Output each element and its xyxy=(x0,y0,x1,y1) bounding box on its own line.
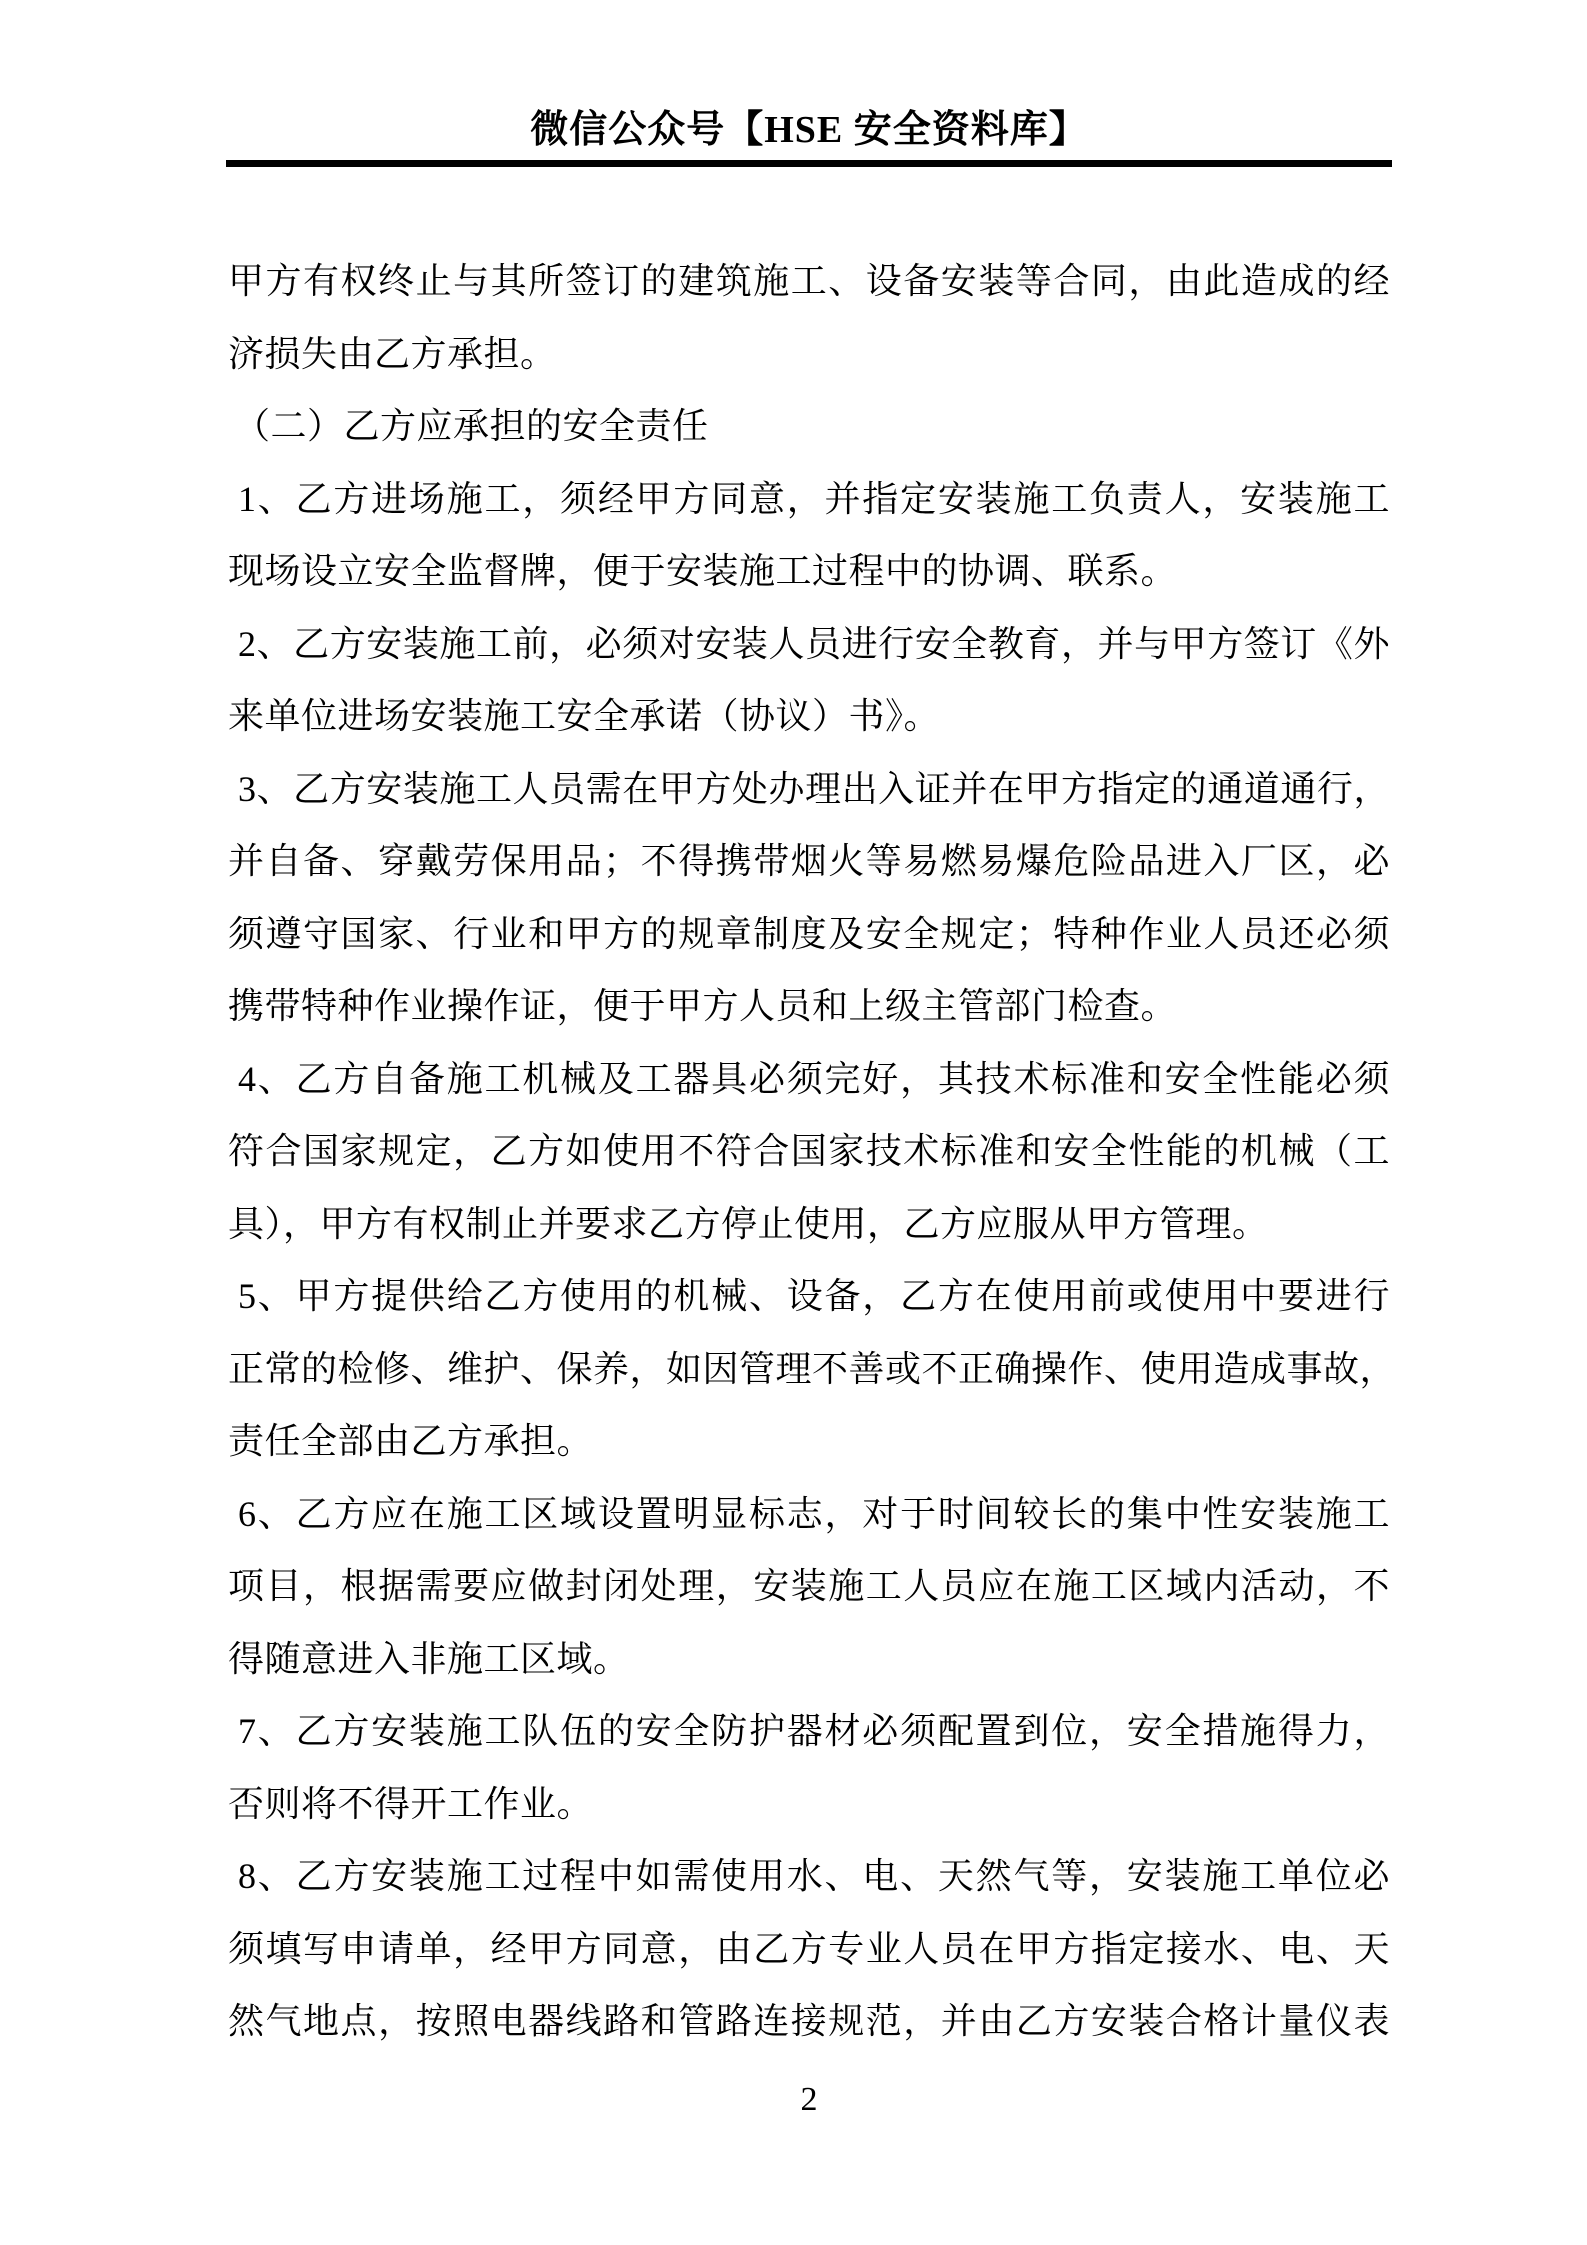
body-line: 正常的检修、维护、保养，如因管理不善或不正确操作、使用造成事故， xyxy=(228,1333,1390,1406)
body-line: 6、乙方应在施工区域设置明显标志，对于时间较长的集中性安装施工 xyxy=(228,1478,1390,1551)
body-line: 否则将不得开工作业。 xyxy=(228,1768,1390,1841)
body-line: 项目，根据需要应做封闭处理，安装施工人员应在施工区域内活动，不 xyxy=(228,1550,1390,1623)
body-line: 符合国家规定，乙方如使用不符合国家技术标准和安全性能的机械（工 xyxy=(228,1115,1390,1188)
body-line: 济损失由乙方承担。 xyxy=(228,318,1390,391)
body-line: 8、乙方安装施工过程中如需使用水、电、天然气等，安装施工单位必 xyxy=(228,1840,1390,1913)
body-line: 甲方有权终止与其所签订的建筑施工、设备安装等合同，由此造成的经 xyxy=(228,245,1390,318)
body-line: 并自备、穿戴劳保用品；不得携带烟火等易燃易爆危险品进入厂区，必 xyxy=(228,825,1390,898)
body-line: 责任全部由乙方承担。 xyxy=(228,1405,1390,1478)
body-line: 得随意进入非施工区域。 xyxy=(228,1623,1390,1696)
body-line: 来单位进场安装施工安全承诺（协议）书》。 xyxy=(228,680,1390,753)
body-line: 1、乙方进场施工，须经甲方同意，并指定安装施工负责人，安装施工 xyxy=(228,463,1390,536)
document-body: 甲方有权终止与其所签订的建筑施工、设备安装等合同，由此造成的经 济损失由乙方承担… xyxy=(228,245,1390,2058)
body-line: 3、乙方安装施工人员需在甲方处办理出入证并在甲方指定的通道通行， xyxy=(228,753,1390,826)
body-line: 须遵守国家、行业和甲方的规章制度及安全规定；特种作业人员还必须 xyxy=(228,898,1390,971)
body-line: 7、乙方安装施工队伍的安全防护器材必须配置到位，安全措施得力， xyxy=(228,1695,1390,1768)
body-line-section-heading: （二）乙方应承担的安全责任 xyxy=(228,390,1390,463)
body-line: 携带特种作业操作证，便于甲方人员和上级主管部门检查。 xyxy=(228,970,1390,1043)
body-line: 5、甲方提供给乙方使用的机械、设备，乙方在使用前或使用中要进行 xyxy=(228,1260,1390,1333)
body-line: 然气地点，按照电器线路和管路连接规范，并由乙方安装合格计量仪表 xyxy=(228,1985,1390,2058)
document-page: 微信公众号【HSE 安全资料库】 甲方有权终止与其所签订的建筑施工、设备安装等合… xyxy=(0,0,1587,2245)
page-header-title: 微信公众号【HSE 安全资料库】 xyxy=(226,106,1392,154)
body-line: 须填写申请单，经甲方同意，由乙方专业人员在甲方指定接水、电、天 xyxy=(228,1913,1390,1986)
body-line: 2、乙方安装施工前，必须对安装人员进行安全教育，并与甲方签订《外 xyxy=(228,608,1390,681)
body-line: 具），甲方有权制止并要求乙方停止使用，乙方应服从甲方管理。 xyxy=(228,1188,1390,1261)
page-number: 2 xyxy=(226,2080,1392,2120)
body-line: 现场设立安全监督牌，便于安装施工过程中的协调、联系。 xyxy=(228,535,1390,608)
header-divider xyxy=(226,160,1392,167)
body-line: 4、乙方自备施工机械及工器具必须完好，其技术标准和安全性能必须 xyxy=(228,1043,1390,1116)
